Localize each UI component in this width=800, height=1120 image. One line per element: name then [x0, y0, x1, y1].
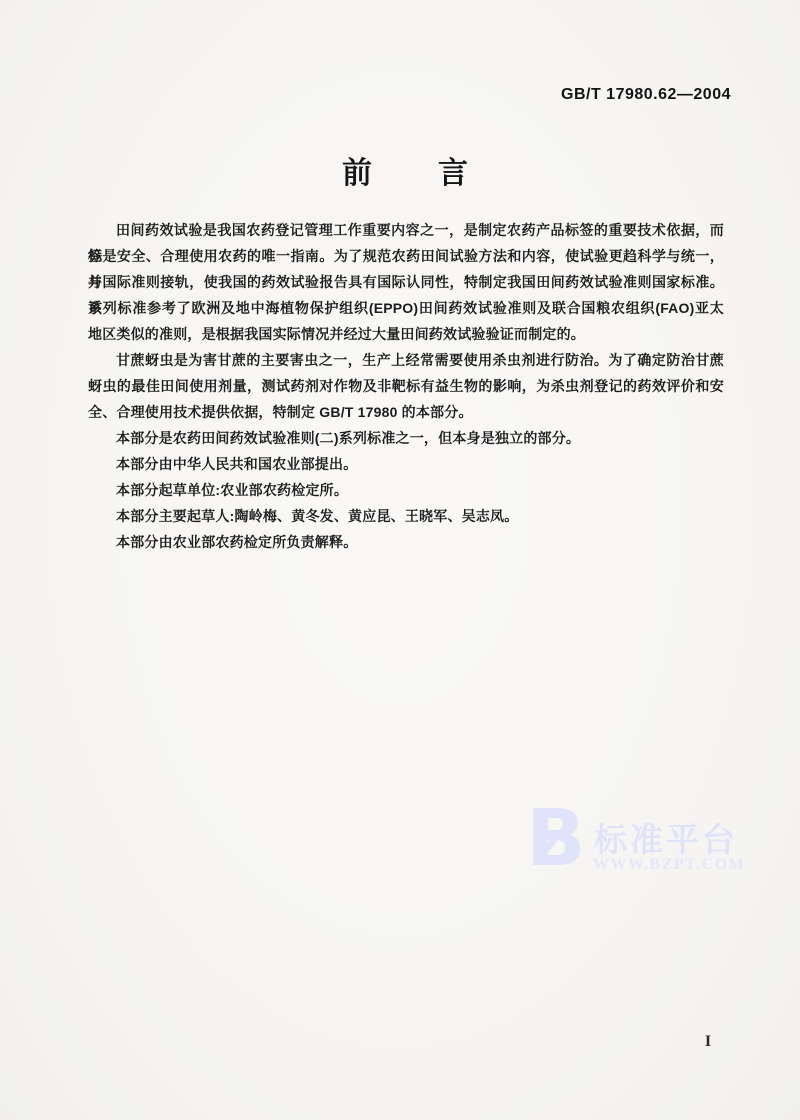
foreword-line: 本部分是农药田间药效试验准则(二)系列标准之一，但本身是独立的部分。 [88, 425, 724, 451]
page-number: I [698, 1033, 718, 1051]
logo-letter-z: Z [535, 826, 563, 870]
foreword-body: 田间药效试验是我国农药登记管理工作重要内容之一，是制定农药产品标签的重要技术依据… [88, 217, 724, 555]
bzpt-logo-icon: B Z [526, 810, 590, 880]
foreword-line: 签是安全、合理使用农药的唯一指南。为了规范农药田间试验方法和内容，使试验更趋科学… [88, 243, 724, 269]
foreword-line: 甘蔗蚜虫是为害甘蔗的主要害虫之一，生产上经常需要使用杀虫剂进行防治。为了确定防治… [88, 347, 724, 373]
foreword-line: 本部分由中华人民共和国农业部提出。 [88, 451, 724, 477]
foreword-line: 蚜虫的最佳田间使用剂量，测试药剂对作物及非靶标有益生物的影响，为杀虫剂登记的药效… [88, 373, 724, 399]
bzpt-watermark: B Z 标准平台 WWW.BZPT.COM [526, 808, 736, 908]
foreword-line: 与国际准则接轨，使我国的药效试验报告具有国际认同性，特制定我国田间药效试验准则国… [88, 269, 724, 295]
foreword-line: 全、合理使用技术提供依据，特制定 GB/T 17980 的本部分。 [88, 399, 724, 425]
logo-letter-b: B [526, 794, 585, 884]
standard-code: GB/T 17980.62—2004 [561, 86, 731, 104]
foreword-line: 本部分由农业部农药检定所负责解释。 [88, 529, 724, 555]
foreword-line: 田间药效试验是我国农药登记管理工作重要内容之一，是制定农药产品标签的重要技术依据… [88, 217, 724, 243]
watermark-brand-text: 标准平台 [594, 814, 738, 861]
page-title-foreword: 前 言 [88, 148, 724, 192]
scanned-document-page: GB/T 17980.62—2004 前 言 田间药效试验是我国农药登记管理工作… [0, 0, 800, 1120]
foreword-line: 本部分主要起草人:陶岭梅、黄冬发、黄应昆、王晓军、吴志凤。 [88, 503, 724, 529]
foreword-line: 本部分起草单位:农业部农药检定所。 [88, 477, 724, 503]
foreword-line: 地区类似的准则，是根据我国实际情况并经过大量田间药效试验验证而制定的。 [88, 321, 724, 347]
foreword-line: 系列标准参考了欧洲及地中海植物保护组织(EPPO)田间药效试验准则及联合国粮农组… [88, 295, 724, 321]
watermark-url-text: WWW.BZPT.COM [593, 856, 745, 874]
